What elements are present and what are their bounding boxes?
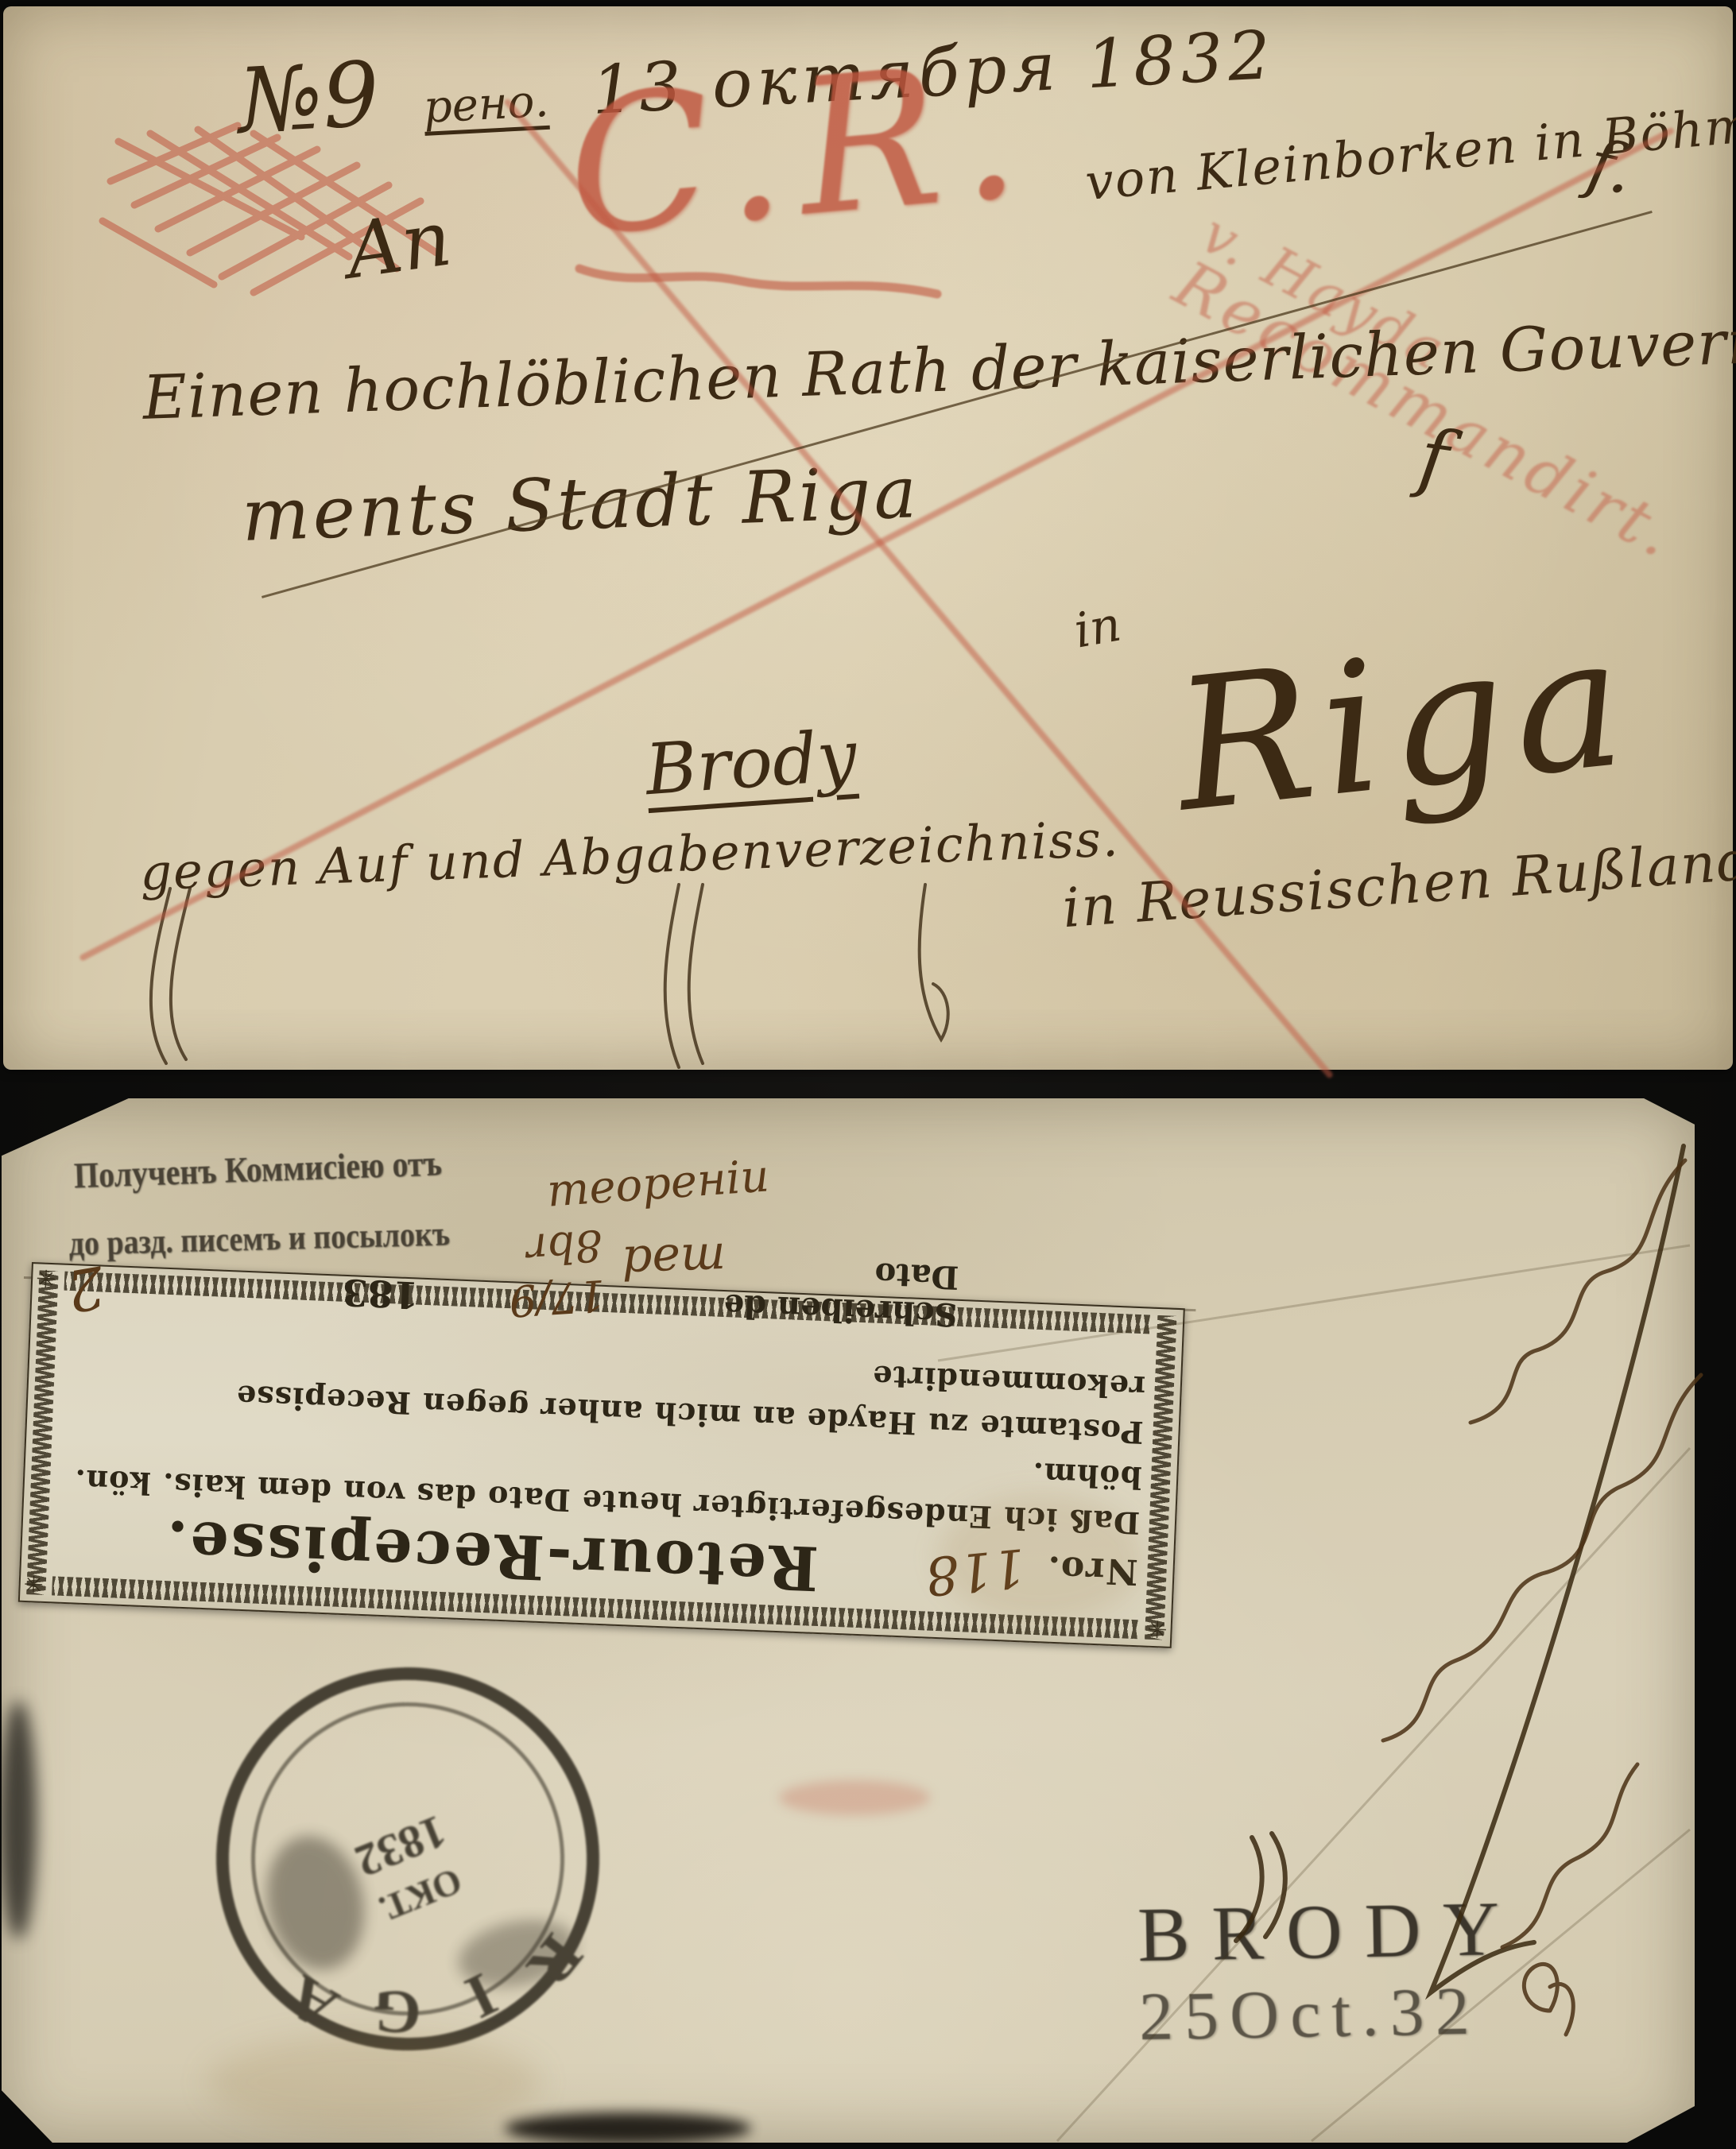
destination-in-word: in — [1071, 600, 1124, 655]
left-edge-dark-streak — [0, 1701, 37, 1939]
faint-red-trace — [779, 1780, 930, 1815]
illegible-flap-script — [1192, 1113, 1717, 2066]
cover-front: №9 рено. 13 октября 1832 C.R. von Kleinb… — [3, 6, 1733, 1070]
salutation: An — [342, 199, 455, 289]
red-crayon-scribble — [95, 110, 540, 300]
route-note-brody: Brody — [643, 721, 858, 805]
photo-of-1832-postal-cover: { "front": { "docket_no": "№9", "docket_… — [0, 0, 1736, 2149]
destination-city: Riga — [1168, 610, 1641, 838]
paper-stain-2 — [207, 2035, 541, 2130]
paper-stain-1 — [938, 1494, 1145, 1621]
recommandirt-stamp-line2: Recommandirt. — [1164, 251, 1687, 569]
cr-marking: C.R. — [560, 36, 1042, 263]
cr-underline-flourish — [572, 245, 953, 308]
bottom-ink-smudge — [505, 2112, 751, 2144]
endorsement-descender-flourishes — [122, 881, 997, 1071]
destination-country: in Reussischen Rußland — [1061, 834, 1736, 937]
